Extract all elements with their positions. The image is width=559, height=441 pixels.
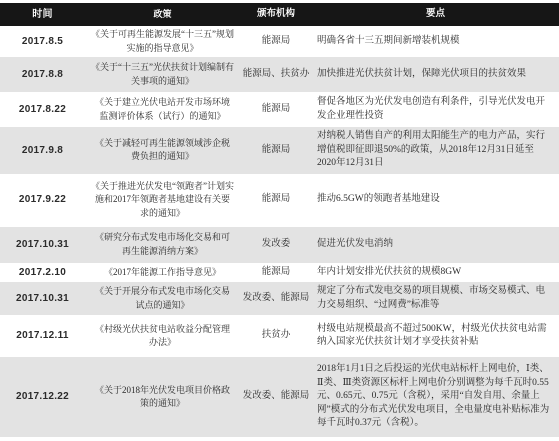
row-points: 2018年1月1日之后投运的光伏电站标杆上网电价，Ⅰ类、Ⅱ类、Ⅲ类资源区标杆上网… — [312, 360, 559, 434]
row-policy: 《关于2018年光伏发电项目价格政策的通知》 — [85, 382, 240, 413]
row-date: 2017.8.5 — [0, 35, 85, 49]
row-agency: 发改委、能源局 — [240, 390, 312, 404]
header-cell-time: 时间 — [0, 3, 85, 26]
row-agency: 能源局 — [240, 193, 312, 207]
header-cell-points: 要点 — [312, 3, 559, 26]
row-policy: 《研究分布式发电市场化交易和可再生能源消纳方案》 — [85, 229, 240, 260]
table-row: 2017.8.5 《关于可再生能源发展“十三五”规划实施的指导意见》 能源局 明… — [0, 26, 559, 57]
table-row: 2017.9.22 《关于推进光伏发电“领跑者”计划实施和2017年领跑者基地建… — [0, 174, 559, 227]
table-row: 2017.10.31 《关于开展分布式发电市场化交易试点的通知》 发改委、能源局… — [0, 282, 559, 315]
table-row: 2017.8.8 《关于“十三五”光伏扶贫计划编制有关事项的通知》 能源局、扶贫… — [0, 57, 559, 92]
row-date: 2017.9.22 — [0, 193, 85, 207]
table-header-row: 时间 政策 颁布机构 要点 — [0, 3, 559, 26]
row-policy: 《关于可再生能源发展“十三五”规划实施的指导意见》 — [85, 26, 240, 57]
row-date: 2017.2.10 — [0, 266, 85, 280]
policy-table-page: 时间 政策 颁布机构 要点 2017.8.5 《关于可再生能源发展“十三五”规划… — [0, 0, 559, 441]
row-points: 年内计划安排光伏扶贫的规模8GW — [312, 263, 559, 283]
row-date: 2017.10.31 — [0, 238, 85, 252]
row-agency: 能源局 — [240, 144, 312, 158]
row-agency: 发改委、能源局 — [240, 292, 312, 306]
row-points: 明确各省十三五期间新增装机规模 — [312, 32, 559, 52]
header-cell-policy: 政策 — [85, 3, 240, 26]
row-date: 2017.12.11 — [0, 329, 85, 343]
row-policy: 《关于“十三五”光伏扶贫计划编制有关事项的通知》 — [85, 59, 240, 90]
row-agency: 发改委 — [240, 238, 312, 252]
row-agency: 能源局 — [240, 103, 312, 117]
row-policy: 《村级光伏扶贫电站收益分配管理办法》 — [85, 321, 240, 352]
row-date: 2017.8.22 — [0, 103, 85, 117]
row-policy: 《关于开展分布式发电市场化交易试点的通知》 — [85, 283, 240, 314]
table-row: 2017.12.11 《村级光伏扶贫电站收益分配管理办法》 扶贫办 村级电站规模… — [0, 315, 559, 357]
table-row: 2017.12.22 《关于2018年光伏发电项目价格政策的通知》 发改委、能源… — [0, 357, 559, 437]
row-points: 对纳税人销售自产的利用太阳能生产的电力产品，实行增值税即征即退50%的政策，从2… — [312, 127, 559, 174]
table-row: 2017.2.10 《2017年能源工作指导意见》 能源局 年内计划安排光伏扶贫… — [0, 263, 559, 283]
row-agency: 能源局 — [240, 35, 312, 49]
row-points: 督促各地区为光伏发电创造有利条件，引导光伏发电开发企业理性投资 — [312, 93, 559, 126]
row-points: 促进光伏发电消纳 — [312, 235, 559, 255]
row-agency: 扶贫办 — [240, 329, 312, 343]
row-policy: 《2017年能源工作指导意见》 — [85, 264, 240, 282]
row-date: 2017.9.8 — [0, 144, 85, 158]
table-row: 2017.9.8 《关于减轻可再生能源领域涉企税费负担的通知》 能源局 对纳税人… — [0, 127, 559, 174]
row-date: 2017.8.8 — [0, 68, 85, 82]
row-agency: 能源局 — [240, 266, 312, 280]
row-policy: 《关于推进光伏发电“领跑者”计划实施和2017年领跑者基地建设有关要求的通知》 — [85, 178, 240, 223]
row-points: 加快推进光伏扶贫计划，保障光伏项目的扶贫效果 — [312, 65, 559, 85]
row-date: 2017.10.31 — [0, 292, 85, 306]
row-agency: 能源局、扶贫办 — [240, 68, 312, 82]
table-body: 2017.8.5 《关于可再生能源发展“十三五”规划实施的指导意见》 能源局 明… — [0, 26, 559, 437]
row-date: 2017.12.22 — [0, 390, 85, 404]
pv-policy-table: 时间 政策 颁布机构 要点 2017.8.5 《关于可再生能源发展“十三五”规划… — [0, 3, 559, 437]
row-points: 规定了分布式发电交易的项目规模、市场交易模式、电力交易组织、“过网费”标准等 — [312, 282, 559, 315]
header-cell-agency: 颁布机构 — [240, 3, 312, 26]
row-points: 推动6.5GW的领跑者基地建设 — [312, 190, 559, 210]
table-row: 2017.10.31 《研究分布式发电市场化交易和可再生能源消纳方案》 发改委 … — [0, 227, 559, 263]
row-points: 村级电站规模最高不超过500KW，村级光伏扶贫电站需纳入国家光伏扶贫计划才享受扶… — [312, 320, 559, 353]
table-row: 2017.8.22 《关于建立光伏电站开发市场环境监测评价体系（试行）的通知》 … — [0, 92, 559, 127]
row-policy: 《关于减轻可再生能源领域涉企税费负担的通知》 — [85, 135, 240, 166]
row-policy: 《关于建立光伏电站开发市场环境监测评价体系（试行）的通知》 — [85, 94, 240, 125]
